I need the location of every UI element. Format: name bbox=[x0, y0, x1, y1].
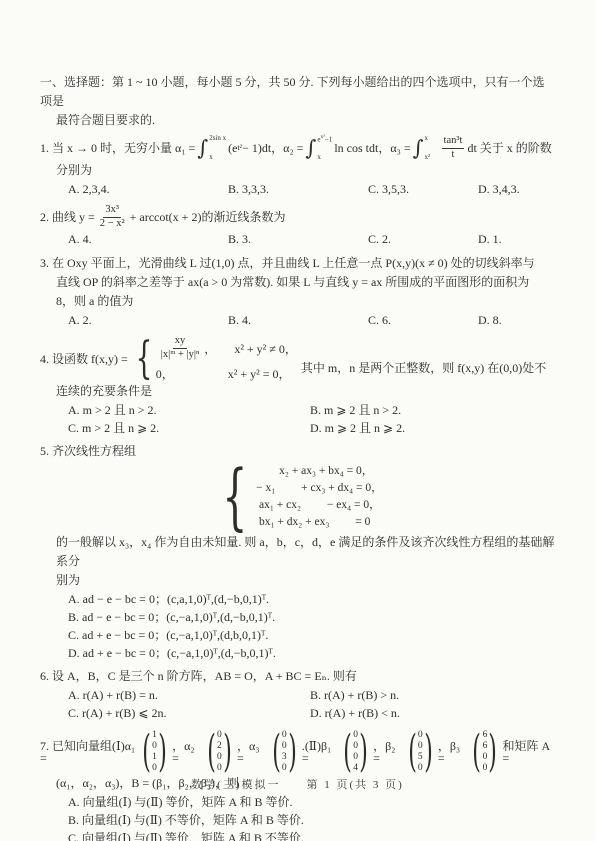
q4-fraction-den: |x|ᵐ + |y|ⁿ bbox=[159, 349, 202, 362]
q3-options: A. 2. B. 4. C. 6. D. 8. bbox=[40, 311, 555, 330]
q6-option-d: D. r(A) + r(B) < n. bbox=[310, 704, 555, 722]
q6-options-row1: A. r(A) + r(B) = n. B. r(A) + r(B) > n. bbox=[40, 686, 555, 704]
integral-2-upper: ex²−1 bbox=[317, 135, 332, 143]
integral-sign: ∫ bbox=[197, 138, 208, 159]
q4-cont: 连续的充要条件是 bbox=[40, 382, 555, 401]
q5-eq-4: bx₁ + dx₂ + ex₃ = 0 bbox=[256, 514, 382, 531]
vector-paren-left: ( bbox=[142, 733, 151, 770]
q4-zero: 0， bbox=[156, 365, 210, 382]
q7-option-c: C. 向量组(Ⅰ) 与(Ⅱ) 等价，矩阵 A 和 B 不等价. bbox=[68, 829, 555, 841]
q7-sep3: .(Ⅱ)β₁ = bbox=[302, 740, 338, 764]
q4-cond-2: x² + y² = 0， bbox=[228, 365, 291, 382]
q4-cond-1: x² + y² ≠ 0， bbox=[234, 340, 297, 357]
q1-integrand-2: ln cos tdt，α₃ = bbox=[334, 139, 410, 158]
q4-option-a: A. m > 2 且 n > 2. bbox=[68, 401, 310, 419]
q3-line1: 3. 在 Oxy 平面上，光滑曲线 L 过(1,0) 点，并且曲线 L 上任意一… bbox=[40, 254, 555, 273]
q4-side-text: 其中 m，n 是两个正整数，则 f(x,y) 在(0,0)处不 bbox=[301, 359, 546, 382]
question-4: 4. 设函数 f(x,y) = { xy |x|ᵐ + |y|ⁿ ， x² + … bbox=[40, 335, 555, 436]
q4-option-b: B. m ⩾ 2 且 n > 2. bbox=[310, 401, 555, 419]
q6-option-c: C. r(A) + r(B) ⩽ 2n. bbox=[68, 704, 310, 722]
q6-option-a: A. r(A) + r(B) = n. bbox=[68, 686, 310, 704]
q7-vector-line: 7. 已知向量组(Ⅰ)α₁ = ( 1010 ) ，α₂ = ( 0200 ) … bbox=[40, 730, 555, 774]
q1-fraction-num: tan³t bbox=[442, 135, 465, 149]
integral-2: ∫ ex²−1x bbox=[305, 135, 332, 161]
q1-tail: dt 关于 x 的阶数 bbox=[467, 139, 551, 158]
q3-option-b: B. 4. bbox=[228, 311, 368, 330]
q5-lead: 5. 齐次线性方程组 bbox=[40, 442, 555, 461]
section-title-line2: 最符合题目要求的. bbox=[40, 111, 555, 130]
q5-options: A. ad − e − bc = 0；(c,a,1,0)ᵀ,(d,−b,0,1)… bbox=[40, 590, 555, 662]
vector-paren-left: ( bbox=[272, 733, 281, 770]
q5-option-c: C. ad + e − bc = 0；(c,−a,1,0)ᵀ,(d,b,0,1)… bbox=[68, 626, 555, 644]
question-2: 2. 曲线 y = 3x³ 2 − x² + arccot(x + 2)的渐近线… bbox=[40, 204, 555, 249]
q6-option-b: B. r(A) + r(B) > n. bbox=[310, 686, 555, 704]
q1-option-c: C. 3,5,3. bbox=[368, 180, 478, 199]
vector-paren-left: ( bbox=[207, 733, 216, 770]
q2-options: A. 4. B. 3. C. 2. D. 1. bbox=[40, 230, 555, 249]
q5-option-d: D. ad + e − bc = 0；(c,−a,1,0)ᵀ,(d,−b,0,1… bbox=[68, 644, 555, 662]
vector-paren-right: ) bbox=[489, 733, 498, 770]
q2-fraction-den: 2 − x² bbox=[98, 218, 127, 231]
vector-paren-right: ) bbox=[158, 733, 167, 770]
q5-option-a: A. ad − e − bc = 0；(c,a,1,0)ᵀ,(d,−b,0,1)… bbox=[68, 590, 555, 608]
q5-eq-1: x₂ + ax₃ + bx₄ = 0， bbox=[256, 463, 382, 480]
q5-text1: 的一般解以 x₃，x₄ 作为自由未知量. 则 a，b，c，d，e 满足的条件及该… bbox=[40, 533, 555, 571]
q1-option-b: B. 3,3,3. bbox=[228, 180, 368, 199]
vector-alpha1: ( 1010 ) bbox=[138, 730, 171, 774]
left-brace: { bbox=[135, 339, 152, 379]
q4-options-row2: C. m > 2 且 n ⩾ 2. D. m ⩾ 2 且 n ⩾ 2. bbox=[40, 419, 555, 437]
q4-option-d: D. m ⩾ 2 且 n ⩾ 2. bbox=[310, 419, 555, 437]
q2-fraction: 3x³ 2 − x² bbox=[98, 204, 127, 230]
q1-lead: 1. 当 x → 0 时，无穷小量 α₁ = bbox=[40, 139, 195, 158]
vector-paren-right: ) bbox=[424, 733, 433, 770]
q1-fraction: tan³t t bbox=[442, 135, 465, 161]
q4-piecewise: 4. 设函数 f(x,y) = { xy |x|ᵐ + |y|ⁿ ， x² + … bbox=[40, 335, 555, 381]
q7-sep2: ，α₃ = bbox=[237, 740, 267, 764]
vector-paren-left: ( bbox=[408, 733, 417, 770]
q2-fraction-num: 3x³ bbox=[103, 204, 121, 218]
vector-alpha3: ( 0030 ) bbox=[268, 730, 301, 774]
question-1: 1. 当 x → 0 时，无穷小量 α₁ = ∫ 2sin xx (et²− 1… bbox=[40, 135, 555, 199]
integral-2-lower: x bbox=[317, 154, 332, 161]
q7-tail: 和矩阵 A = bbox=[503, 740, 555, 764]
q6-lead: 6. 设 A，B，C 是三个 n 阶方阵，AB = O，A + BC = Eₙ.… bbox=[40, 667, 555, 686]
q1-integrand-1: (e bbox=[228, 139, 237, 158]
q1-fraction-den: t bbox=[450, 149, 457, 162]
q5-equations: x₂ + ax₃ + bx₄ = 0， − x₁ + cx₃ + dx₄ = 0… bbox=[256, 463, 382, 531]
q1-integrand-1b: − 1)dt，α₂ = bbox=[242, 139, 303, 158]
q7-option-b: B. 向量组(Ⅰ) 与(Ⅱ) 不等价，矩阵 A 和 B 等价. bbox=[68, 811, 555, 829]
q2-option-b: B. 3. bbox=[228, 230, 368, 249]
page-footer: 数学(三)模拟一 第 1 页(共 3 页) bbox=[0, 776, 595, 792]
vector-beta3: ( 6600 ) bbox=[468, 730, 501, 774]
q4-comma: ， bbox=[204, 340, 216, 357]
q5-text2: 别为 bbox=[40, 571, 555, 590]
q3-option-c: C. 6. bbox=[368, 311, 478, 330]
vector-paren-left: ( bbox=[473, 733, 482, 770]
vector-paren-right: ) bbox=[288, 733, 297, 770]
q4-case-1: xy |x|ᵐ + |y|ⁿ ， x² + y² ≠ 0， bbox=[156, 335, 297, 361]
q4-option-c: C. m > 2 且 n ⩾ 2. bbox=[68, 419, 310, 437]
q3-option-a: A. 2. bbox=[68, 311, 228, 330]
left-brace: { bbox=[223, 466, 248, 527]
q2-lead: 2. 曲线 y = bbox=[40, 208, 95, 227]
vector-beta1: ( 0004 ) bbox=[339, 730, 372, 774]
q1-option-a: A. 2,3,4. bbox=[68, 180, 228, 199]
q2-option-d: D. 1. bbox=[478, 230, 555, 249]
q2-tail: + arccot(x + 2)的渐近线条数为 bbox=[130, 208, 286, 227]
integral-3: ∫ xx² bbox=[413, 135, 437, 161]
q5-option-b: B. ad − e − bc = 0；(c,−a,1,0)ᵀ,(d,−b,0,1… bbox=[68, 608, 555, 626]
q3-line2: 直线 OP 的斜率之差等于 ax(a > 0 为常数). 如果 L 与直线 y … bbox=[40, 273, 555, 292]
question-5: 5. 齐次线性方程组 { x₂ + ax₃ + bx₄ = 0， − x₁ + … bbox=[40, 442, 555, 662]
q1-formula-line: 1. 当 x → 0 时，无穷小量 α₁ = ∫ 2sin xx (et²− 1… bbox=[40, 135, 555, 161]
question-6: 6. 设 A，B，C 是三个 n 阶方阵，AB = O，A + BC = Eₙ.… bbox=[40, 667, 555, 722]
integral-sign: ∫ bbox=[413, 138, 424, 159]
q1-options: A. 2,3,4. B. 3,3,3. C. 3,5,3. D. 3,4,3. bbox=[40, 180, 555, 199]
q2-option-a: A. 4. bbox=[68, 230, 228, 249]
q4-cases: xy |x|ᵐ + |y|ⁿ ， x² + y² ≠ 0， 0， x² + y²… bbox=[156, 335, 297, 381]
integral-sign: ∫ bbox=[305, 138, 316, 159]
exam-page: 一、选择题：第 1 ~ 10 小题，每小题 5 分，共 50 分. 下列每小题给… bbox=[0, 0, 595, 841]
q3-option-d: D. 8. bbox=[478, 311, 555, 330]
integral-1-upper: 2sin x bbox=[209, 135, 226, 142]
q4-case-2: 0， x² + y² = 0， bbox=[156, 365, 297, 382]
q7-sep4: ，β₂ = bbox=[373, 740, 403, 764]
q3-line3: 8，则 a 的值为 bbox=[40, 292, 555, 311]
q7-sep1: ，α₂ = bbox=[172, 740, 202, 764]
integral-3-lower: x² bbox=[425, 154, 437, 161]
section-header: 一、选择题：第 1 ~ 10 小题，每小题 5 分，共 50 分. 下列每小题给… bbox=[40, 73, 555, 130]
q7-option-a: A. 向量组(Ⅰ) 与(Ⅱ) 等价，矩阵 A 和 B 等价. bbox=[68, 793, 555, 811]
question-3: 3. 在 Oxy 平面上，光滑曲线 L 过(1,0) 点，并且曲线 L 上任意一… bbox=[40, 254, 555, 330]
q4-fraction: xy |x|ᵐ + |y|ⁿ bbox=[159, 335, 202, 361]
q2-option-c: C. 2. bbox=[368, 230, 478, 249]
q7-options: A. 向量组(Ⅰ) 与(Ⅱ) 等价，矩阵 A 和 B 等价. B. 向量组(Ⅰ)… bbox=[40, 793, 555, 841]
integral-1: ∫ 2sin xx bbox=[197, 135, 226, 161]
integral-1-lower: x bbox=[209, 154, 226, 161]
integral-3-upper: x bbox=[425, 135, 437, 142]
q4-options-row1: A. m > 2 且 n > 2. B. m ⩾ 2 且 n > 2. bbox=[40, 401, 555, 419]
vector-paren-right: ) bbox=[359, 733, 368, 770]
section-title-line1: 一、选择题：第 1 ~ 10 小题，每小题 5 分，共 50 分. 下列每小题给… bbox=[40, 73, 555, 111]
q5-equation-system: { x₂ + ax₃ + bx₄ = 0， − x₁ + cx₃ + dx₄ =… bbox=[40, 463, 555, 531]
q5-eq-3: ax₁ + cx₂ − ex₄ = 0， bbox=[256, 497, 382, 514]
q5-eq-2: − x₁ + cx₃ + dx₄ = 0， bbox=[256, 480, 382, 497]
q7-sep5: ，β₃ = bbox=[438, 740, 468, 764]
q6-options-row2: C. r(A) + r(B) ⩽ 2n. D. r(A) + r(B) < n. bbox=[40, 704, 555, 722]
vector-beta2: ( 0050 ) bbox=[404, 730, 437, 774]
q1-cont: 分别为 bbox=[40, 161, 555, 180]
vector-paren-left: ( bbox=[343, 733, 352, 770]
vector-alpha2: ( 0200 ) bbox=[203, 730, 236, 774]
q4-lead: 4. 设函数 f(x,y) = bbox=[40, 350, 128, 367]
q1-option-d: D. 3,4,3. bbox=[478, 180, 555, 199]
q2-formula-line: 2. 曲线 y = 3x³ 2 − x² + arccot(x + 2)的渐近线… bbox=[40, 204, 555, 230]
vector-paren-right: ) bbox=[223, 733, 232, 770]
q4-fraction-num: xy bbox=[173, 335, 188, 349]
q7-lead: 7. 已知向量组(Ⅰ)α₁ = bbox=[40, 740, 137, 764]
